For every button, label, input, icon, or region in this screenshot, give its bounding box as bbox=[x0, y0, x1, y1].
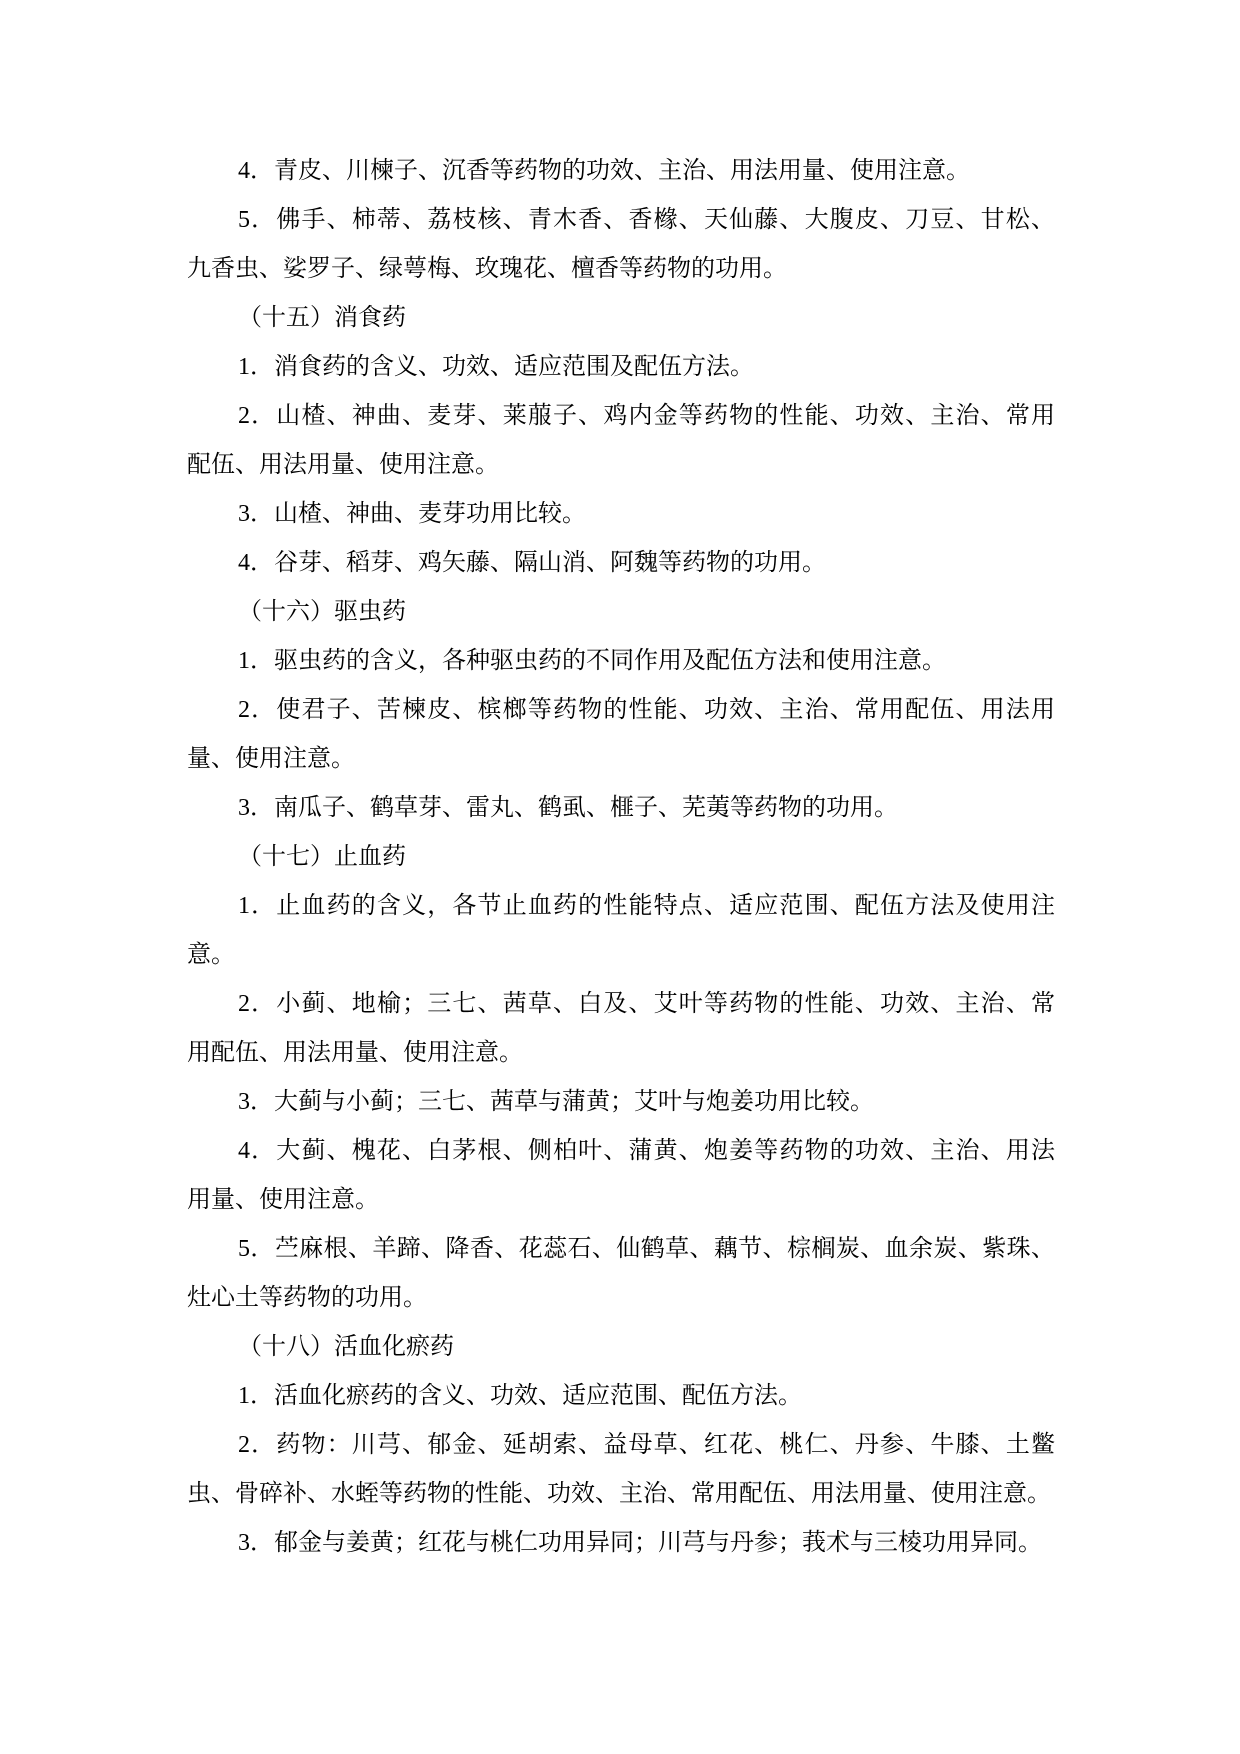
text-line: 4．青皮、川楝子、沉香等药物的功效、主治、用法用量、使用注意。 bbox=[187, 147, 1055, 196]
document-page: 4．青皮、川楝子、沉香等药物的功效、主治、用法用量、使用注意。5．佛手、柿蒂、荔… bbox=[0, 0, 1240, 1754]
document-text-block: 4．青皮、川楝子、沉香等药物的功效、主治、用法用量、使用注意。5．佛手、柿蒂、荔… bbox=[187, 147, 1055, 1568]
section-heading: （十五）消食药 bbox=[187, 294, 1055, 343]
text-line: 5．苎麻根、羊蹄、降香、花蕊石、仙鹤草、藕节、棕榈炭、血余炭、紫珠、 bbox=[187, 1225, 1055, 1274]
text-line: 4．谷芽、稻芽、鸡矢藤、隔山消、阿魏等药物的功用。 bbox=[187, 539, 1055, 588]
section-heading: （十八）活血化瘀药 bbox=[187, 1323, 1055, 1372]
text-line: 九香虫、娑罗子、绿萼梅、玫瑰花、檀香等药物的功用。 bbox=[187, 245, 1055, 294]
text-line: 用配伍、用法用量、使用注意。 bbox=[187, 1029, 1055, 1078]
text-line: 1．活血化瘀药的含义、功效、适应范围、配伍方法。 bbox=[187, 1372, 1055, 1421]
text-line: 用量、使用注意。 bbox=[187, 1176, 1055, 1225]
text-line: 1．驱虫药的含义，各种驱虫药的不同作用及配伍方法和使用注意。 bbox=[187, 637, 1055, 686]
text-line: 3．大蓟与小蓟；三七、茜草与蒲黄；艾叶与炮姜功用比较。 bbox=[187, 1078, 1055, 1127]
text-line: 1．消食药的含义、功效、适应范围及配伍方法。 bbox=[187, 343, 1055, 392]
text-line: 2．山楂、神曲、麦芽、莱菔子、鸡内金等药物的性能、功效、主治、常用 bbox=[187, 392, 1055, 441]
text-line: 配伍、用法用量、使用注意。 bbox=[187, 441, 1055, 490]
text-line: 3．南瓜子、鹤草芽、雷丸、鹤虱、榧子、芜荑等药物的功用。 bbox=[187, 784, 1055, 833]
text-line: 4．大蓟、槐花、白茅根、侧柏叶、蒲黄、炮姜等药物的功效、主治、用法 bbox=[187, 1127, 1055, 1176]
text-line: 3．山楂、神曲、麦芽功用比较。 bbox=[187, 490, 1055, 539]
text-line: 1．止血药的含义，各节止血药的性能特点、适应范围、配伍方法及使用注 bbox=[187, 882, 1055, 931]
text-line: 意。 bbox=[187, 931, 1055, 980]
text-line: 2．药物：川芎、郁金、延胡索、益母草、红花、桃仁、丹参、牛膝、土鳖 bbox=[187, 1421, 1055, 1470]
text-line: 虫、骨碎补、水蛭等药物的性能、功效、主治、常用配伍、用法用量、使用注意。 bbox=[187, 1470, 1055, 1519]
text-line: 2．使君子、苦楝皮、槟榔等药物的性能、功效、主治、常用配伍、用法用 bbox=[187, 686, 1055, 735]
text-line: 3．郁金与姜黄；红花与桃仁功用异同；川芎与丹参；莪术与三棱功用异同。 bbox=[187, 1519, 1055, 1568]
text-line: 量、使用注意。 bbox=[187, 735, 1055, 784]
text-line: 2．小蓟、地榆；三七、茜草、白及、艾叶等药物的性能、功效、主治、常 bbox=[187, 980, 1055, 1029]
section-heading: （十七）止血药 bbox=[187, 833, 1055, 882]
text-line: 5．佛手、柿蒂、荔枝核、青木香、香橼、天仙藤、大腹皮、刀豆、甘松、 bbox=[187, 196, 1055, 245]
text-line: 灶心土等药物的功用。 bbox=[187, 1274, 1055, 1323]
section-heading: （十六）驱虫药 bbox=[187, 588, 1055, 637]
